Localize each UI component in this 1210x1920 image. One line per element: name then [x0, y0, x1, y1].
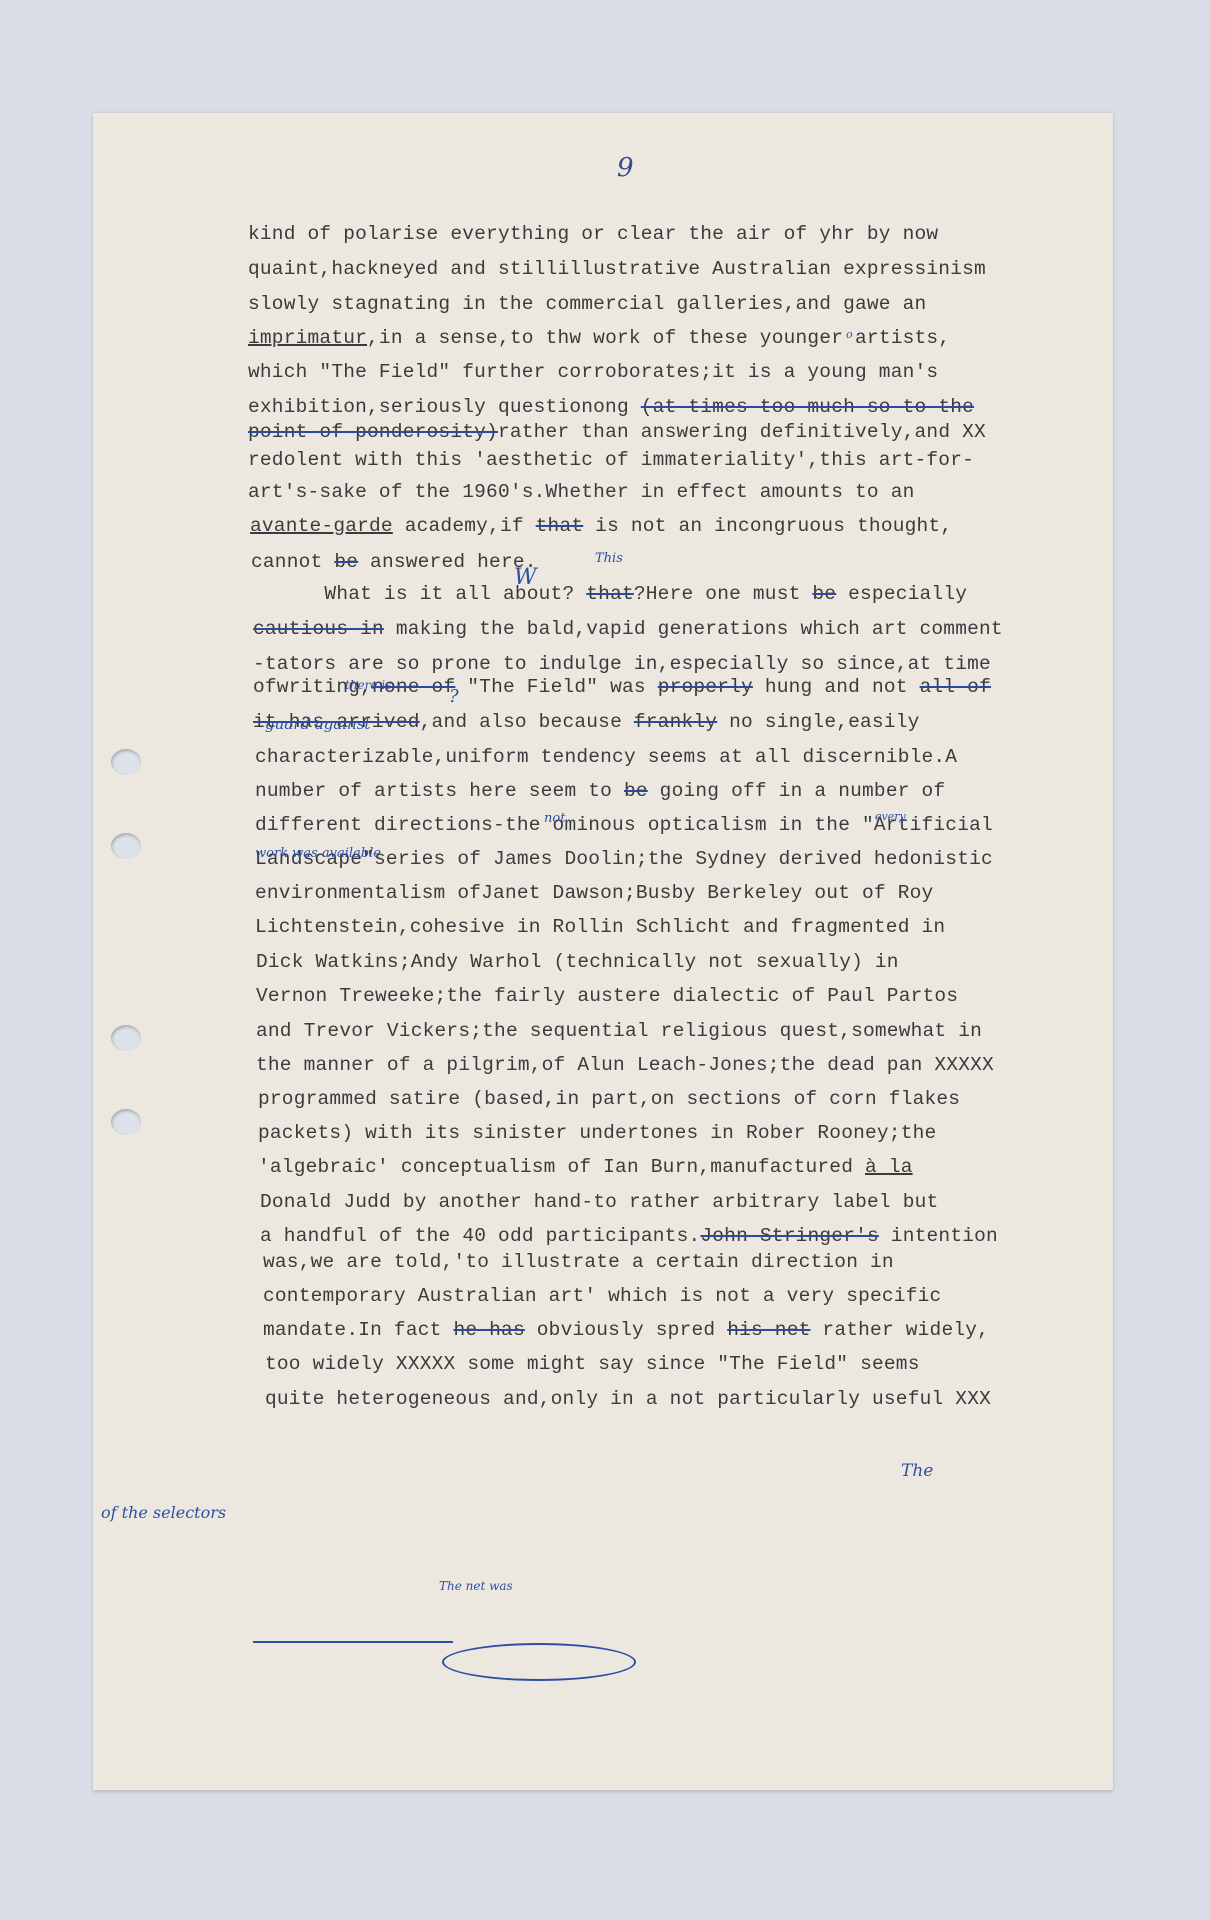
- annotation-guard-against: guard against: [265, 715, 370, 733]
- text-line: slowly stagnating in the commercial gall…: [248, 293, 926, 315]
- annotation-every: every: [875, 810, 906, 823]
- text-line: which "The Field" further corroborates;i…: [248, 361, 938, 383]
- text-line: mandate.In fact he has obviously spred h…: [263, 1319, 989, 1341]
- annotation-of-the-selectors: of the selectors: [101, 1503, 226, 1522]
- document-page: 9 kind of polarise everything or clear t…: [93, 113, 1113, 1790]
- text-line: the manner of a pilgrim,of Alun Leach-Jo…: [256, 1054, 994, 1076]
- text-line: redolent with this 'aesthetic of immater…: [248, 449, 974, 471]
- text-line: number of artists here seem to be going …: [255, 780, 945, 802]
- text-line: packets) with its sinister undertones in…: [258, 1122, 936, 1144]
- text-line: a handful of the 40 odd participants.Joh…: [260, 1225, 998, 1247]
- annotation-question: ?: [449, 686, 459, 707]
- text-line: What is it all about? that?Here one must…: [253, 583, 967, 605]
- binder-hole: [111, 1025, 141, 1051]
- text-line: too widely XXXXX some might say since "T…: [265, 1353, 920, 1375]
- text-line: Donald Judd by another hand-to rather ar…: [260, 1191, 938, 1213]
- text-line: cautious in making the bald,vapid genera…: [253, 618, 1003, 640]
- annotation-this: This: [595, 551, 623, 566]
- text-line: kind of polarise everything or clear the…: [248, 223, 938, 245]
- annotation-there-is: there is: [345, 678, 391, 692]
- text-line: was,we are told,'to illustrate a certain…: [263, 1251, 894, 1273]
- annotation-work-available: work was available: [255, 846, 381, 861]
- text-line: art's-sake of the 1960's.Whether in effe…: [248, 481, 915, 503]
- binder-hole: [111, 1109, 141, 1135]
- text-line: Lichtenstein,cohesive in Rollin Schlicht…: [255, 916, 945, 938]
- text-line: quite heterogeneous and,only in a not pa…: [265, 1388, 991, 1410]
- annotation-not: not: [544, 811, 565, 826]
- annotation-the: The: [901, 1461, 933, 1481]
- text-line: cannot be answered here.: [251, 551, 537, 573]
- circled-phrase: [442, 1643, 636, 1681]
- text-line: contemporary Australian art' which is no…: [263, 1285, 941, 1307]
- text-line: exhibition,seriously questionong (at tim…: [248, 396, 974, 418]
- insert-arrow: [253, 1641, 453, 1643]
- text-line: Dick Watkins;Andy Warhol (technically no…: [256, 951, 899, 973]
- annotation-o: o: [846, 328, 853, 341]
- annotation-w: W: [514, 565, 537, 590]
- binder-hole: [111, 749, 141, 775]
- text-line: -tators are so prone to indulge in,espec…: [253, 653, 991, 675]
- text-line: avante-garde academy,if that is not an i…: [250, 515, 952, 537]
- text-line: quaint,hackneyed and stillillustrative A…: [248, 258, 986, 280]
- text-line: Vernon Treweeke;the fairly austere diale…: [256, 985, 958, 1007]
- text-line: characterizable,uniform tendency seems a…: [255, 746, 957, 768]
- text-line: programmed satire (based,in part,on sect…: [258, 1088, 960, 1110]
- text-line: environmentalism ofJanet Dawson;Busby Be…: [255, 882, 933, 904]
- text-line: 'algebraic' conceptualism of Ian Burn,ma…: [258, 1156, 913, 1178]
- annotation-the-net-was: The net was: [439, 1579, 513, 1593]
- text-line: imprimatur,in a sense,to thw work of the…: [248, 327, 950, 349]
- page-number: 9: [617, 153, 634, 183]
- text-line: point of ponderosity)rather than answeri…: [248, 421, 986, 443]
- text-line: and Trevor Vickers;the sequential religi…: [256, 1020, 982, 1042]
- binder-hole: [111, 833, 141, 859]
